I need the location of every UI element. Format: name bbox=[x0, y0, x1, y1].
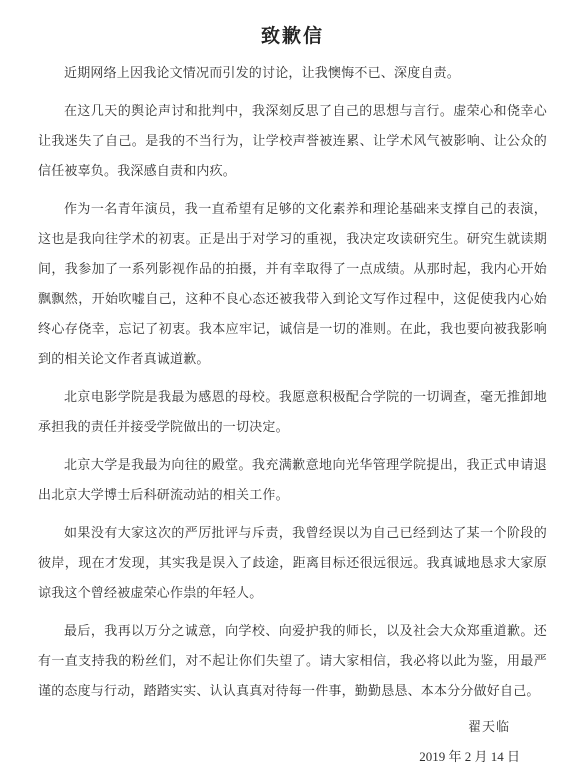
paragraph-apology-plea: 如果没有大家这次的严厉批评与斥责，我曾经误以为自己已经到达了某一个阶段的彼岸，现… bbox=[38, 518, 547, 608]
signature-date: 2019 年 2 月 14 日 bbox=[0, 742, 520, 772]
paragraph-intro: 近期网络上因我论文情况而引发的讨论，让我懊悔不已、深度自责。 bbox=[38, 58, 547, 88]
paragraph-final-apology: 最后，我再以万分之诚意，向学校、向爱护我的师长，以及社会大众郑重道歉。还有一直支… bbox=[38, 616, 547, 706]
paragraph-reflection: 在这几天的舆论声讨和批判中，我深刻反思了自己的思想与言行。虚荣心和侥幸心让我迷失… bbox=[38, 96, 547, 186]
document-title: 致歉信 bbox=[0, 0, 585, 50]
paragraph-film-academy: 北京电影学院是我最为感恩的母校。我愿意积极配合学院的一切调查，毫无推卸地承担我的… bbox=[38, 382, 547, 442]
apology-letter-page: 致歉信 近期网络上因我论文情况而引发的讨论，让我懊悔不已、深度自责。 在这几天的… bbox=[0, 0, 585, 781]
paragraph-actor-background: 作为一名青年演员，我一直希望有足够的文化素养和理论基础来支撑自己的表演，这也是我… bbox=[38, 194, 547, 374]
signature-name: 翟天临 bbox=[468, 712, 510, 742]
paragraph-peking-university: 北京大学是我最为向往的殿堂。我充满歉意地向光华管理学院提出，我正式申请退出北京大… bbox=[38, 450, 547, 510]
document-body: 近期网络上因我论文情况而引发的讨论，让我懊悔不已、深度自责。 在这几天的舆论声讨… bbox=[0, 58, 585, 706]
signature-block: 翟天临 2019 年 2 月 14 日 bbox=[0, 712, 585, 772]
